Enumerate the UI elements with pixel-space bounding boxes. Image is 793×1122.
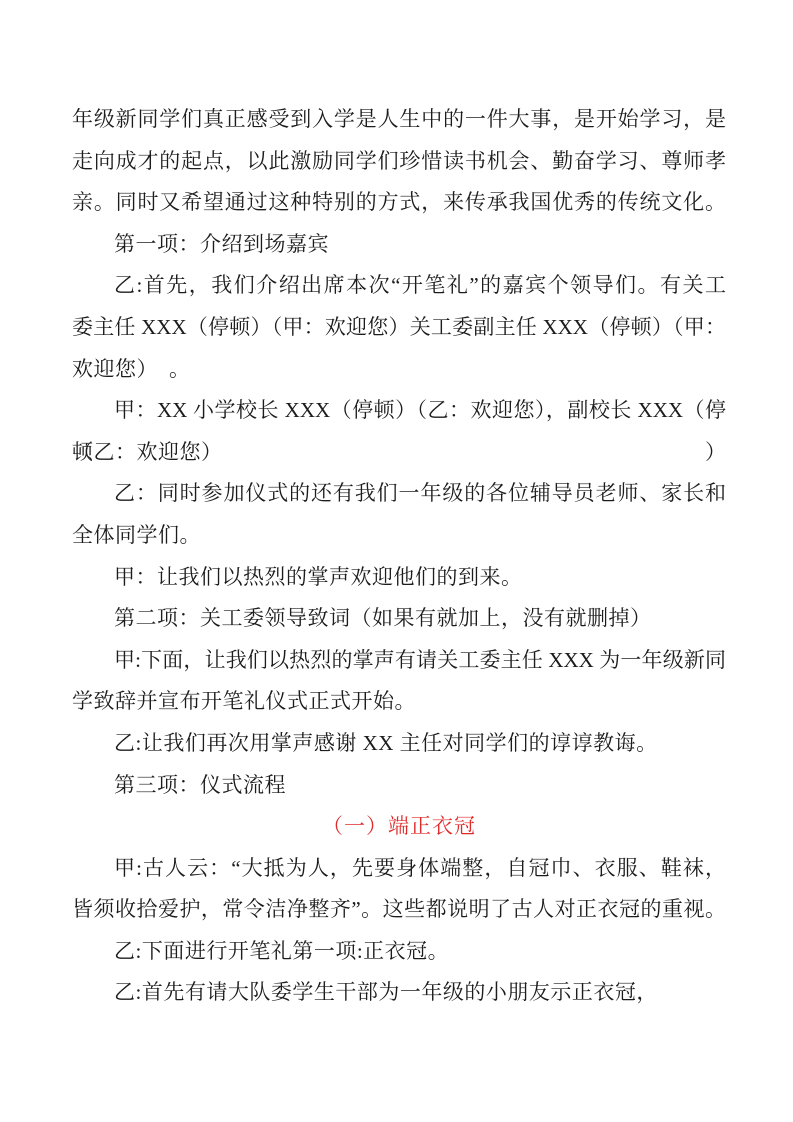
text-line: 第三项：仪式流程 xyxy=(72,765,726,807)
text-line: 甲:古人云：“大抵为人，先要身体端整，自冠巾、衣服、鞋袜， xyxy=(72,848,726,890)
text-line: 甲：XX 小学校长 XXX（停顿）（乙：欢迎您），副校长 XXX（停顿） xyxy=(72,390,726,432)
text-line: 乙：同时参加仪式的还有我们一年级的各位辅导员老师、家长和 xyxy=(72,473,726,515)
text-line: 年级新同学们真正感受到入学是人生中的一件大事，是开始学习，是 xyxy=(72,99,726,141)
text-line: 甲:下面，让我们以热烈的掌声有请关工委主任 XXX 为一年级新同 xyxy=(72,640,726,682)
text-line: 第二项：关工委领导致词（如果有就加上，没有就删掉） xyxy=(72,598,726,640)
text-line: 欢迎您） 。 xyxy=(72,349,726,391)
text-line: 学致辞并宣布开笔礼仪式正式开始。 xyxy=(72,681,726,723)
section-heading: （一）端正衣冠 xyxy=(72,806,726,848)
text-line: 乙:首先有请大队委学生干部为一年级的小朋友示正衣冠， xyxy=(72,972,726,1014)
text-line: 乙:首先，我们介绍出席本次“开笔礼”的嘉宾个领导们。有关工 xyxy=(72,265,726,307)
document-page: 年级新同学们真正感受到入学是人生中的一件大事，是开始学习，是走向成才的起点，以此… xyxy=(0,0,793,1122)
text-line: 皆须收拾爱护，常令洁净整齐”。这些都说明了古人对正衣冠的重视。 xyxy=(72,889,726,931)
text-line: 委主任 XXX（停顿）（甲：欢迎您）关工委副主任 XXX（停顿）（甲： xyxy=(72,307,726,349)
text-line: 乙:下面进行开笔礼第一项:正衣冠。 xyxy=(72,931,726,973)
text-line: 亲。同时又希望通过这种特别的方式，来传承我国优秀的传统文化。 xyxy=(72,182,726,224)
text-line: 全体同学们。 xyxy=(72,515,726,557)
text-line: 甲：让我们以热烈的掌声欢迎他们的到来。 xyxy=(72,557,726,599)
text-line: 走向成才的起点，以此激励同学们珍惜读书机会、勤奋学习、尊师孝 xyxy=(72,141,726,183)
text-line: 第一项：介绍到场嘉宾 xyxy=(72,224,726,266)
text-line: 乙:让我们再次用掌声感谢 XX 主任对同学们的谆谆教诲。 xyxy=(72,723,726,765)
document-body: 年级新同学们真正感受到入学是人生中的一件大事，是开始学习，是走向成才的起点，以此… xyxy=(0,0,793,1014)
